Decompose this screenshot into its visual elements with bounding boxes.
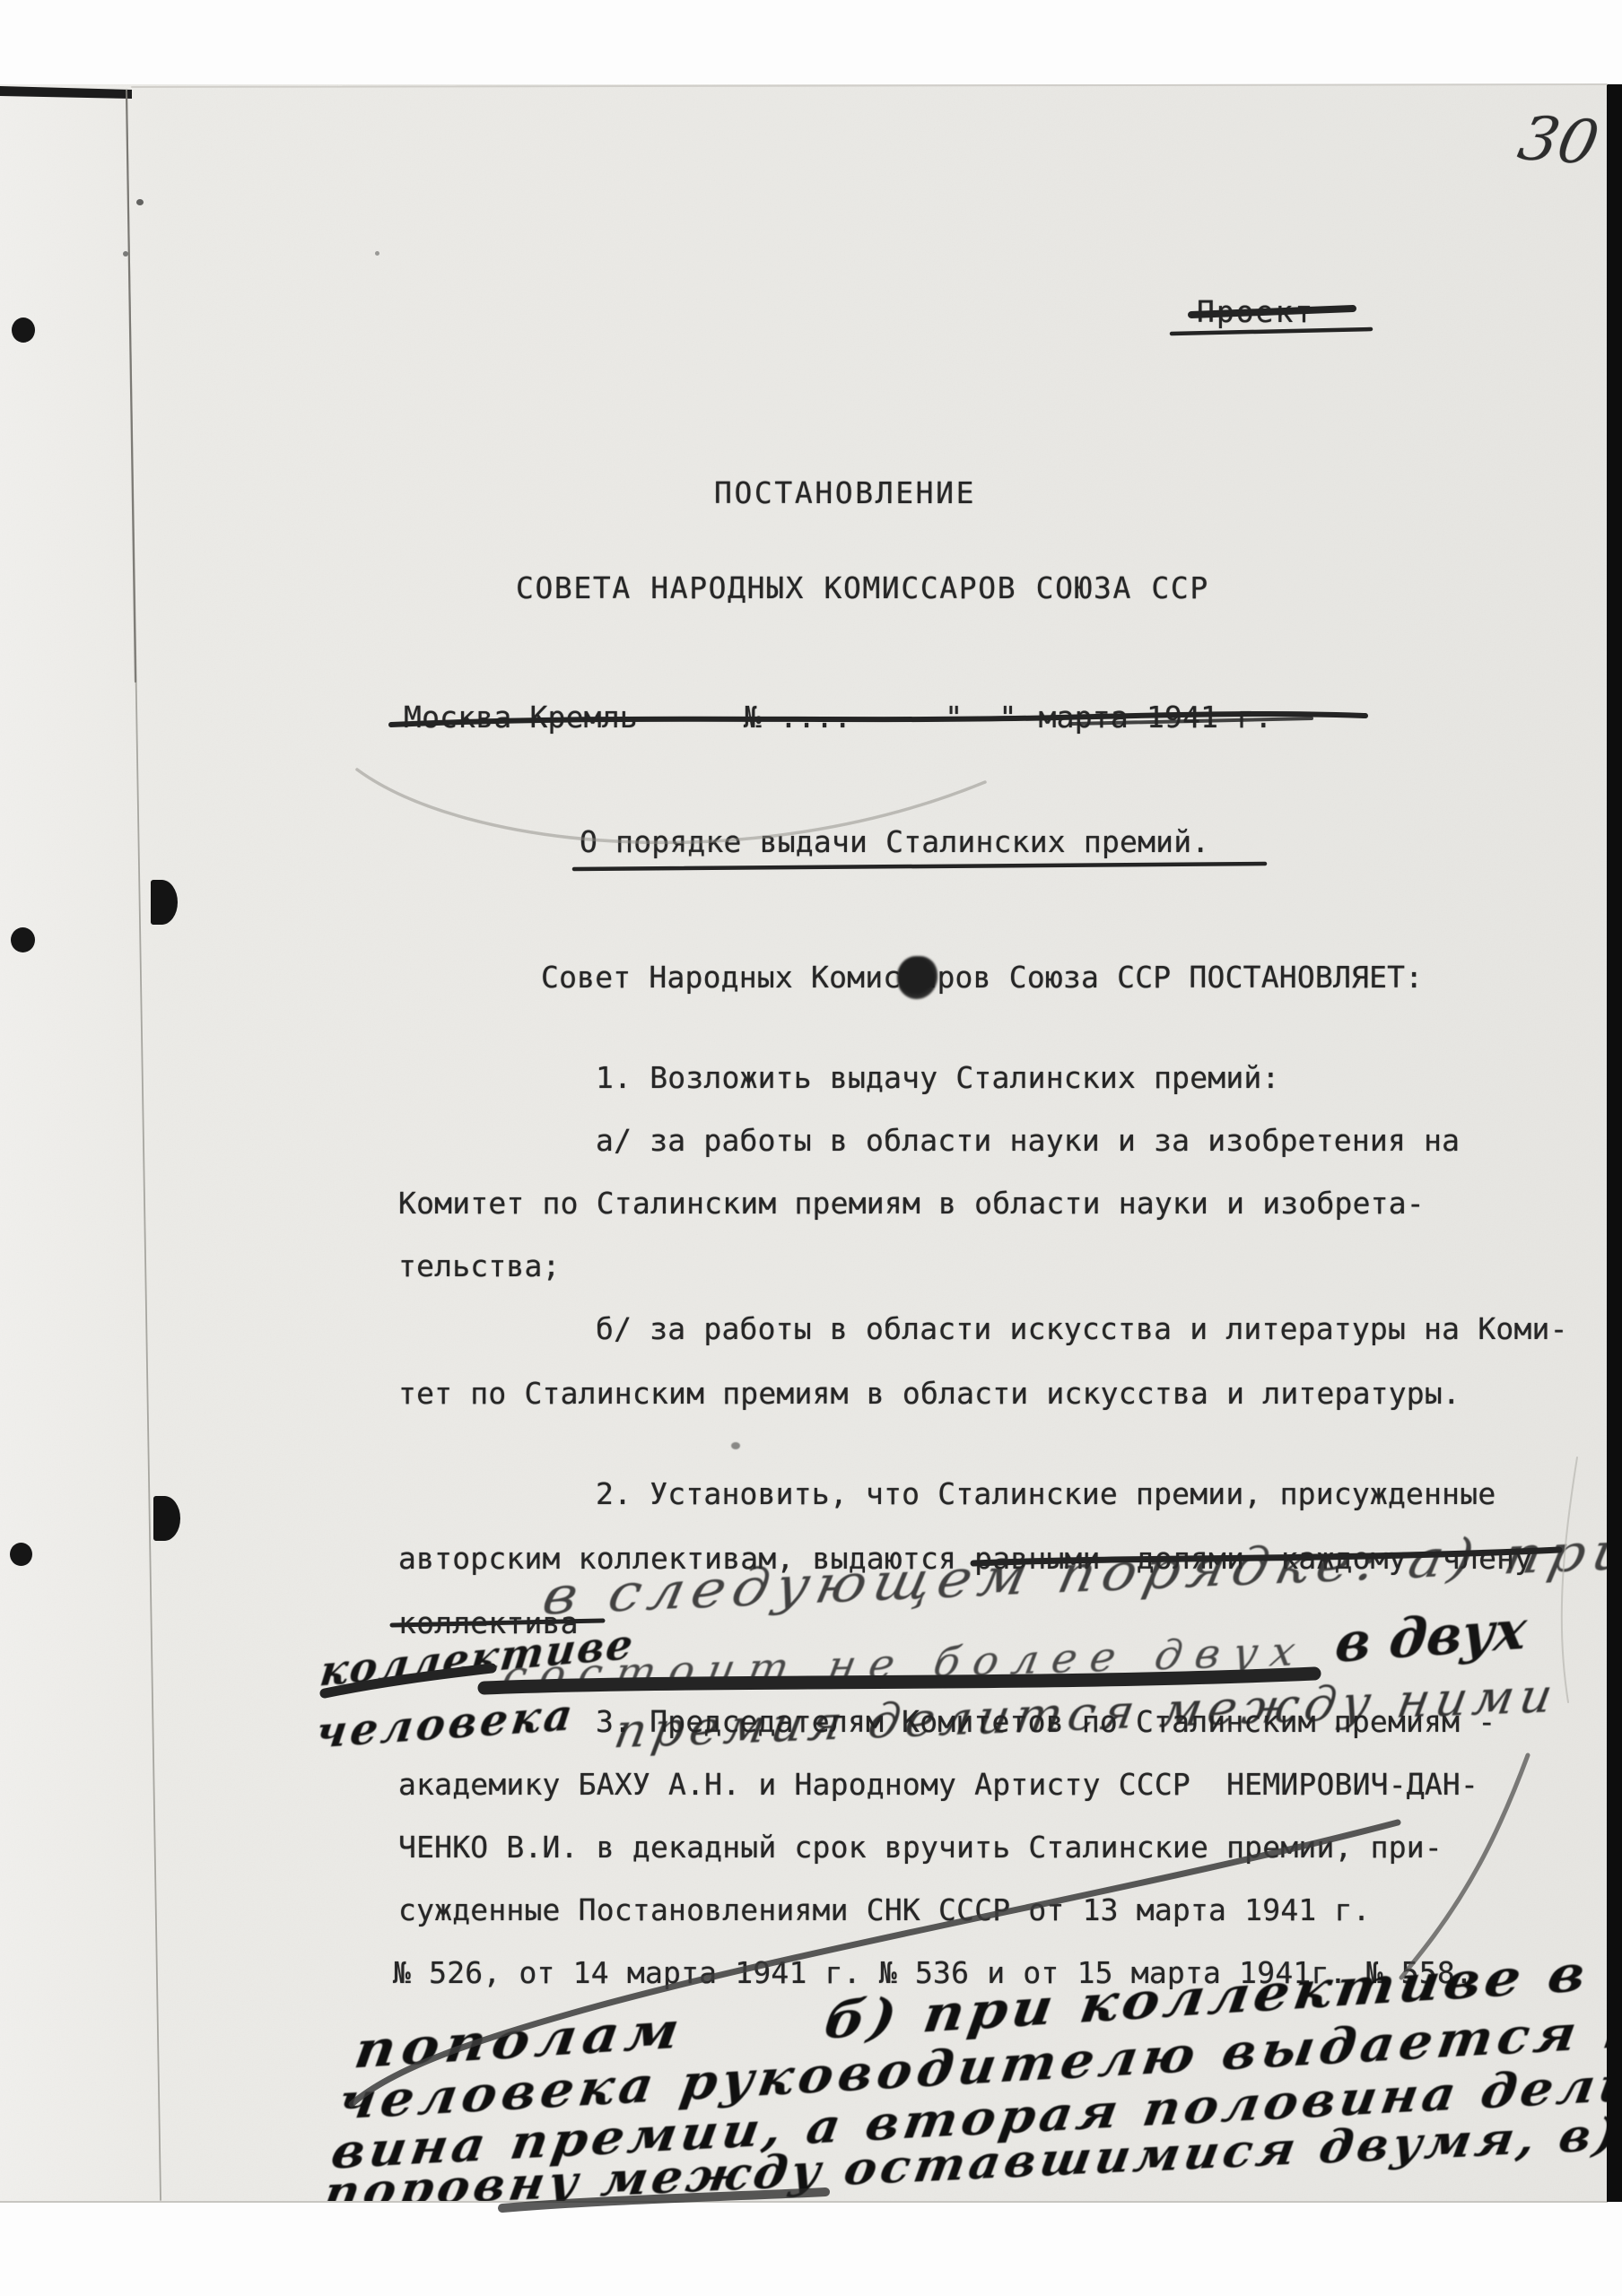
hole-punch-bottom — [10, 1543, 32, 1566]
ink-blob-fold-lower — [153, 1496, 180, 1541]
council-title: СОВЕТА НАРОДНЫХ КОМИССАРОВ СОЮЗА ССР — [516, 572, 1209, 604]
dateline-number: № .... — [744, 700, 851, 735]
body-point3-line4: сужденные Постановлениями СНК СССР от 13… — [398, 1894, 1371, 1926]
paper-speck — [375, 251, 379, 256]
body-point1: 1. Возложить выдачу Сталинских премий: — [596, 1062, 1280, 1094]
body-point1b-line2: тет по Сталинским премиям в области иску… — [398, 1378, 1461, 1410]
body-point1b-line1: б/ за работы в области искусства и литер… — [596, 1313, 1568, 1345]
scanned-page: Проект ПОСТАНОВЛЕНИЕ СОВЕТА НАРОДНЫХ КОМ… — [0, 0, 1622, 2296]
ink-blob-fold-upper — [151, 880, 178, 925]
dateline-place: Москва Кремль — [404, 700, 638, 735]
body-point1a-line1: а/ за работы в области науки и за изобре… — [596, 1125, 1460, 1157]
body-point3-line3: ЧЕНКО В.И. в декадный срок вручить Стали… — [398, 1831, 1443, 1864]
page-number: 30 — [1513, 103, 1605, 178]
paper-speck — [136, 199, 144, 205]
decree-title: ПОСТАНОВЛЕНИЕ — [714, 477, 976, 509]
body-point1a-line3: тельства; — [398, 1250, 561, 1283]
dateline-day-quotes: " " — [945, 700, 1016, 735]
hole-punch-middle — [11, 927, 35, 952]
paper-speck — [731, 1442, 740, 1449]
dateline-date: марта 1941 г. — [1039, 700, 1273, 735]
dateline: Москва Кремль№ ...." "марта 1941 г. — [404, 701, 1272, 734]
paper-speck — [123, 251, 128, 257]
paper-sheet: Проект ПОСТАНОВЛЕНИЕ СОВЕТА НАРОДНЫХ КОМ… — [0, 84, 1608, 2203]
body-point2-line1: 2. Установить, что Сталинские премии, пр… — [596, 1478, 1496, 1510]
handwritten-edit-line2-tail: в двух — [1333, 1603, 1530, 1670]
handwritten-edit-line3-struck-word: человека — [313, 1693, 579, 1755]
scan-edge-black-band — [1607, 84, 1622, 2202]
body-point1a-line2: Комитет по Сталинским премиям в области … — [398, 1187, 1425, 1220]
hole-punch-top — [12, 317, 35, 343]
subject-heading: О порядке выдачи Сталинских премий. — [580, 826, 1209, 858]
body-resolves: Совет Народных Комиссаров Союза ССР ПОСТ… — [541, 961, 1423, 994]
body-point3-line2: академику БАХУ А.Н. и Народному Артисту … — [398, 1769, 1478, 1801]
draft-stamp: Проект — [1197, 296, 1314, 328]
